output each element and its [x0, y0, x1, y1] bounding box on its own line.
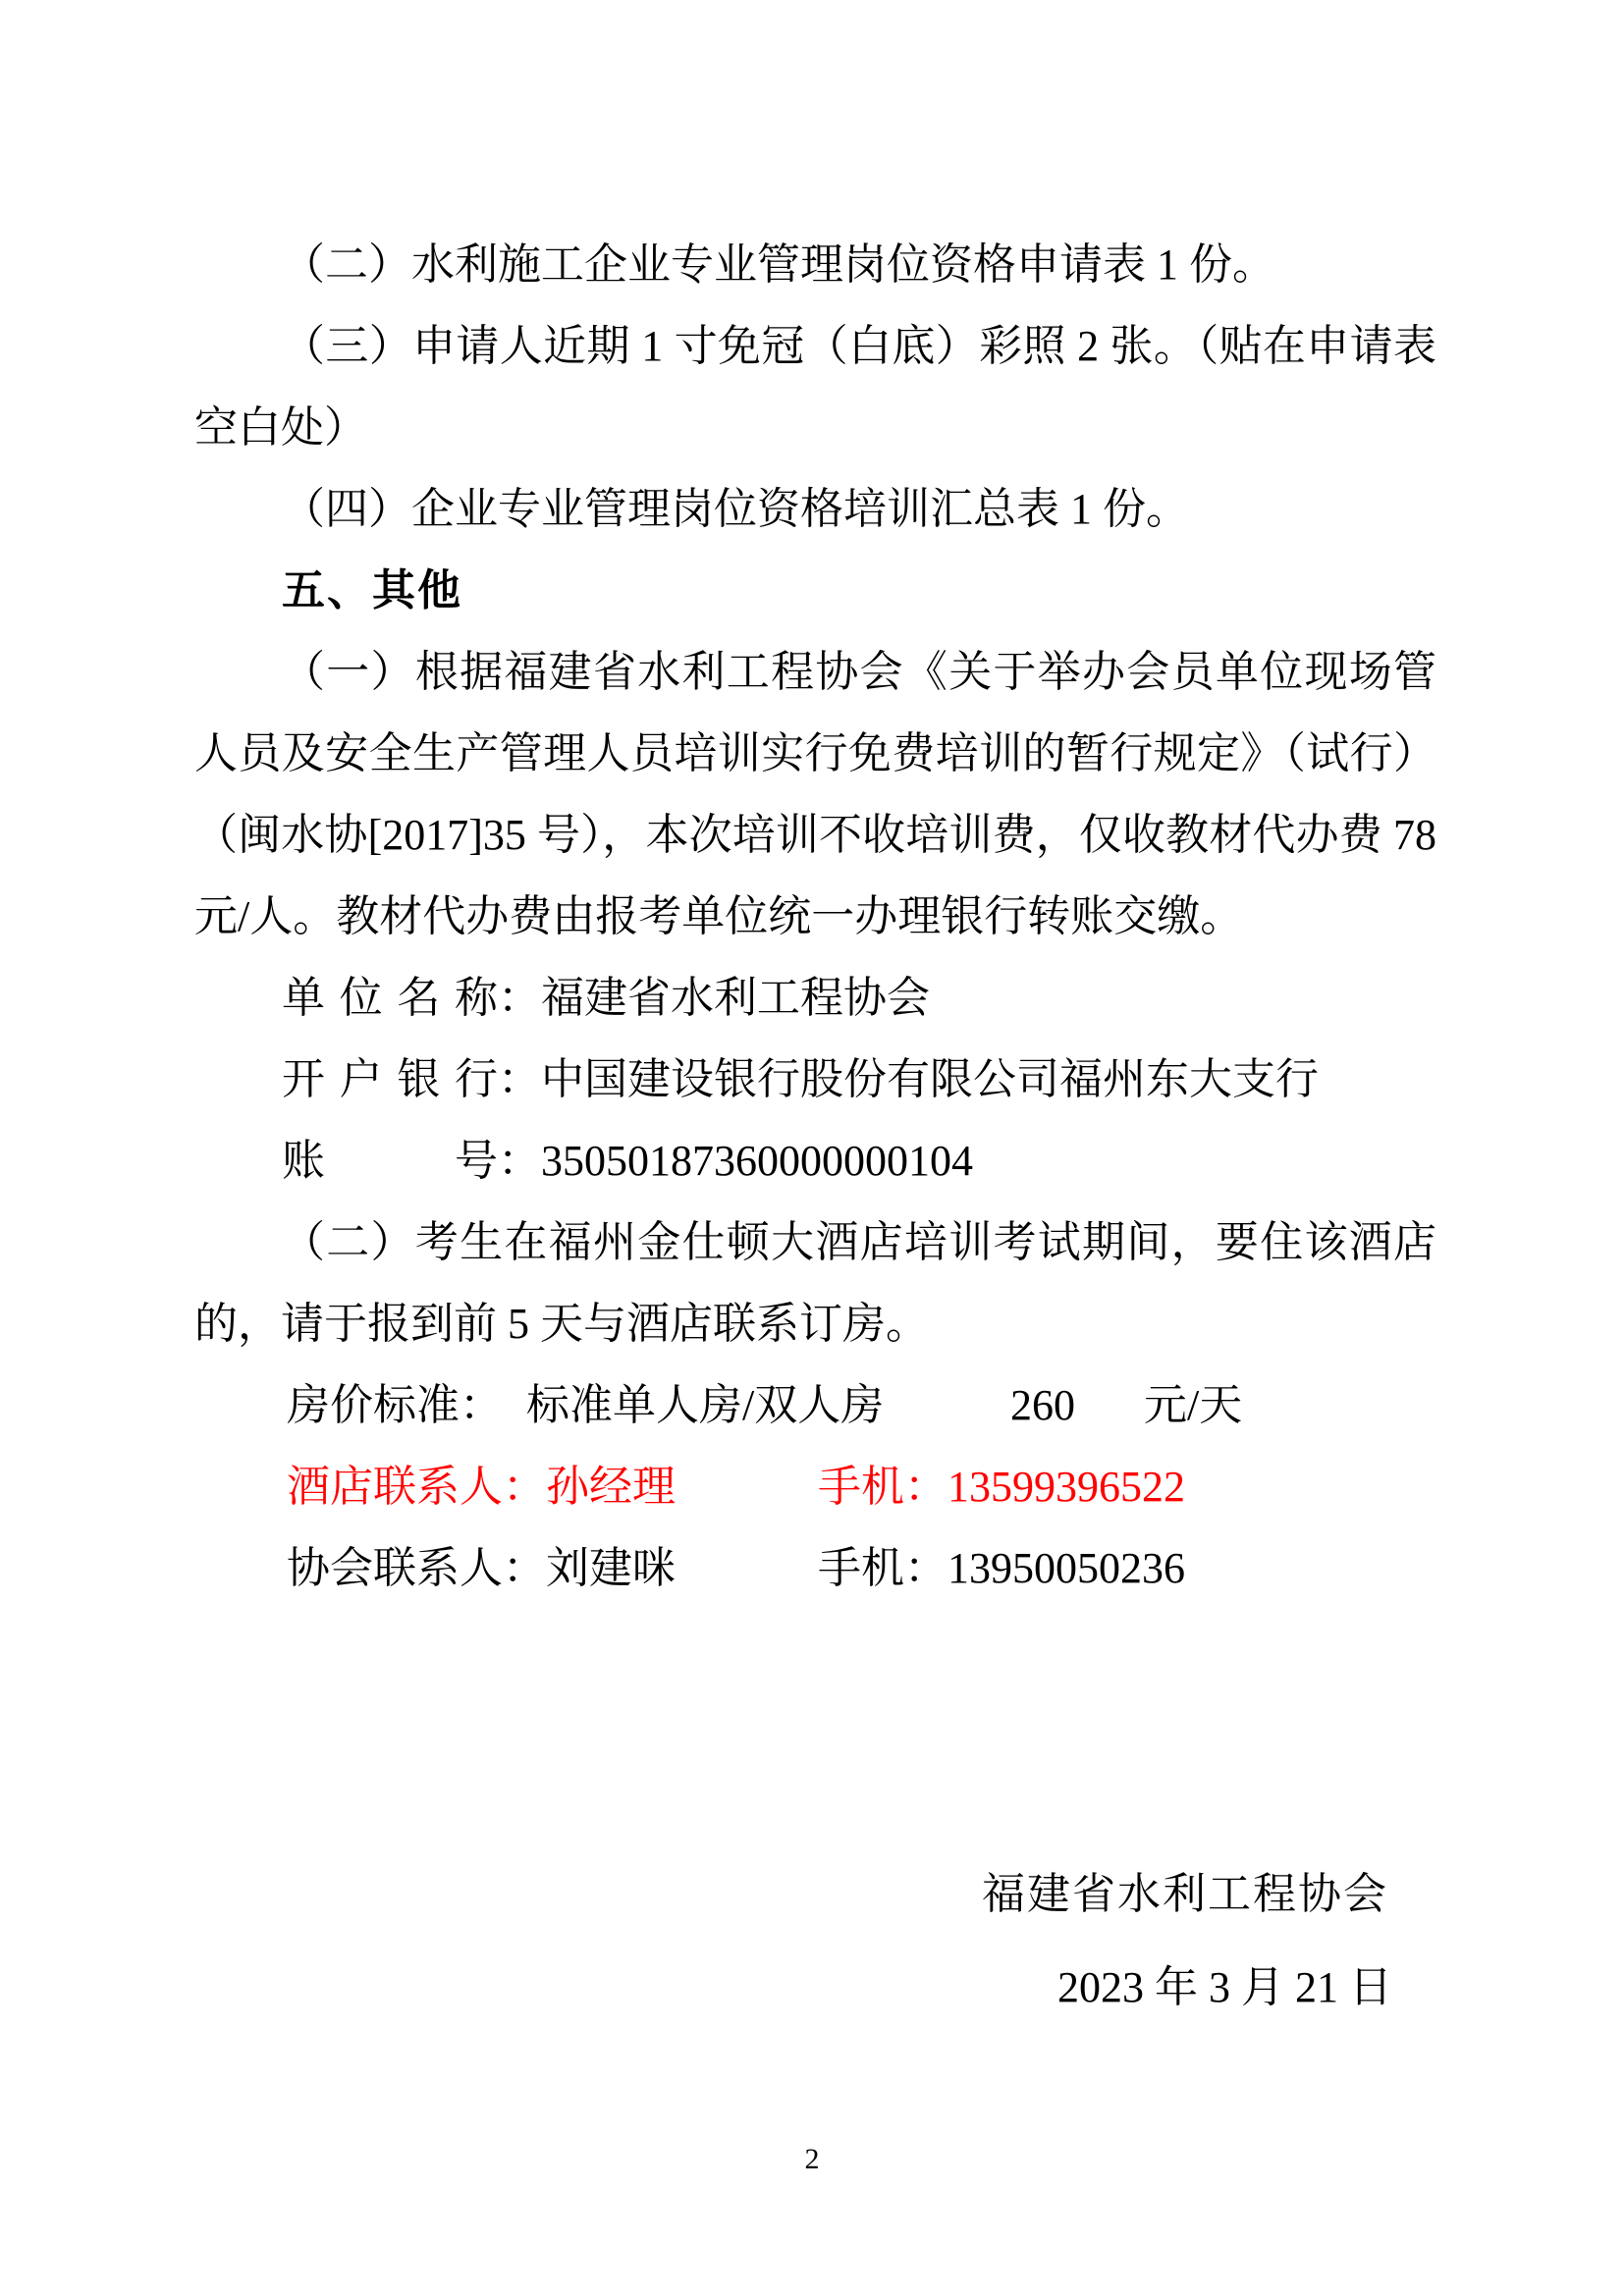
- association-contact-name: 协会联系人：刘建咪: [287, 1527, 818, 1609]
- room-rate-row: 房价标准：标准单人房/双人房260元/天: [194, 1364, 1436, 1446]
- room-type-value: 标准单人房/双人房: [526, 1364, 1010, 1446]
- signature-org-name: 福建省水利工程协会: [194, 1853, 1436, 1935]
- association-contact-phone-label: 手机：: [818, 1544, 947, 1592]
- account-number-value: 35050187360000000104: [541, 1137, 973, 1185]
- free-training-para-line-1: （一）根据福建省水利工程协会《关于举办会员单位现场管理: [194, 631, 1436, 713]
- list-item-3-line-1: （三）申请人近期 1 寸免冠（白底）彩照 2 张。（贴在申请表: [194, 305, 1436, 387]
- hotel-contact-name: 酒店联系人：孙经理: [287, 1446, 818, 1527]
- document-page: （二）水利施工企业专业管理岗位资格申请表 1 份。 （三）申请人近期 1 寸免冠…: [0, 0, 1624, 2296]
- unit-name-colon: ：: [498, 974, 541, 1022]
- room-price-value: 260: [1010, 1364, 1144, 1446]
- unit-name-row: 单位名称：福建省水利工程协会: [194, 957, 1436, 1039]
- account-number-row: 账号：35050187360000000104: [194, 1120, 1436, 1201]
- unit-name-label: 单位名称: [282, 957, 498, 1039]
- association-contact-phone-number: 13950050236: [947, 1544, 1185, 1592]
- bank-name-row: 开户银行：中国建设银行股份有限公司福州东大支行: [194, 1039, 1436, 1120]
- account-number-colon: ：: [498, 1137, 541, 1185]
- room-price-unit: 元/天: [1144, 1381, 1242, 1429]
- signature-date: 2023 年 3 月 21 日: [194, 1947, 1436, 2028]
- list-item-3-line-2: 空白处）: [194, 387, 1436, 468]
- section-heading-other: 五、其他: [194, 550, 1436, 631]
- account-number-label: 账号: [282, 1120, 498, 1201]
- hotel-contact-phone-label: 手机：: [818, 1463, 947, 1511]
- unit-name-value: 福建省水利工程协会: [541, 974, 930, 1022]
- list-item-4-line: （四）企业专业管理岗位资格培训汇总表 1 份。: [194, 468, 1436, 550]
- free-training-para-line-4: 元/人。教材代办费由报考单位统一办理银行转账交缴。: [194, 876, 1436, 957]
- bank-name-colon: ：: [498, 1055, 541, 1103]
- free-training-para-line-3: （闽水协[2017]35 号），本次培训不收培训费，仅收教材代办费 78: [194, 794, 1436, 876]
- hotel-para-line-2: 的，请于报到前 5 天与酒店联系订房。: [194, 1283, 1436, 1364]
- free-training-para-line-2: 人员及安全生产管理人员培训实行免费培训的暂行规定》（试行）: [194, 713, 1436, 794]
- page-number: 2: [0, 2140, 1624, 2179]
- hotel-contact-phone-number: 13599396522: [947, 1463, 1185, 1511]
- room-rate-label: 房价标准：: [287, 1364, 526, 1446]
- bank-name-value: 中国建设银行股份有限公司福州东大支行: [541, 1055, 1319, 1103]
- bank-name-label: 开户银行: [282, 1039, 498, 1120]
- list-item-2-line: （二）水利施工企业专业管理岗位资格申请表 1 份。: [194, 224, 1436, 305]
- document-body: （二）水利施工企业专业管理岗位资格申请表 1 份。 （三）申请人近期 1 寸免冠…: [194, 224, 1436, 2028]
- hotel-contact-row: 酒店联系人：孙经理手机：13599396522: [194, 1446, 1436, 1527]
- association-contact-row: 协会联系人：刘建咪手机：13950050236: [194, 1527, 1436, 1609]
- hotel-para-line-1: （二）考生在福州金仕顿大酒店培训考试期间，要住该酒店: [194, 1201, 1436, 1283]
